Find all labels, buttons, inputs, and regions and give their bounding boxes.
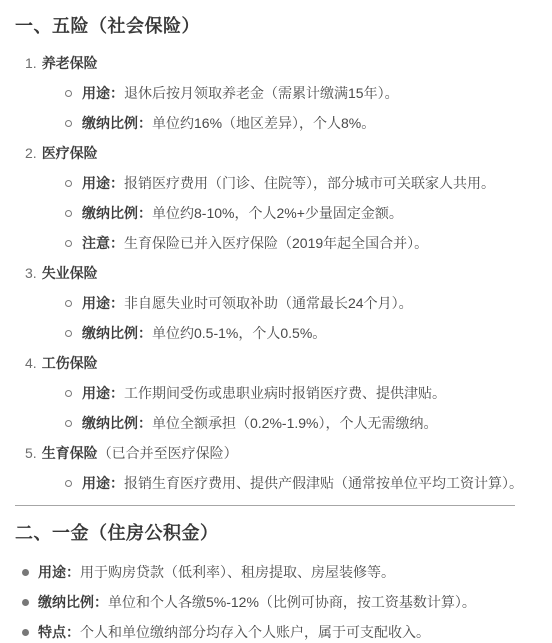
bullet-content: 用途：非自愿失业时可领取补助（通常最长24个月）。 <box>82 295 413 312</box>
section-divider <box>15 505 515 506</box>
bullet-content: 注意：生育保险已并入医疗保险（2019年起全国合并）。 <box>82 235 428 252</box>
bullet-content: 用途：报销生育医疗费用、提供产假津贴（通常按单位平均工资计算）。 <box>82 475 523 492</box>
circle-bullet-icon <box>65 480 72 487</box>
bullet-row: 特点：个人和单位缴纳部分均存入个人账户，属于可支配收入。 <box>15 624 538 641</box>
bullet-row: 缴纳比例：单位约0.5-1%，个人0.5%。 <box>15 325 538 342</box>
bullet-content: 缴纳比例：单位约16%（地区差异），个人8%。 <box>82 115 375 132</box>
list-item-pension: 1. 养老保险 <box>15 55 538 72</box>
list-item-unemployment: 3. 失业保险 <box>15 265 538 282</box>
disc-bullet-icon <box>22 569 29 576</box>
circle-bullet-icon <box>65 420 72 427</box>
list-number: 4. <box>25 355 37 372</box>
list-number: 2. <box>25 145 37 162</box>
list-item-medical: 2. 医疗保险 <box>15 145 538 162</box>
circle-bullet-icon <box>65 120 72 127</box>
disc-bullet-icon <box>22 599 29 606</box>
list-item-title: 工伤保险 <box>42 355 98 372</box>
list-item-title: 医疗保险 <box>42 145 98 162</box>
circle-bullet-icon <box>65 390 72 397</box>
bullet-row: 用途：报销医疗费用（门诊、住院等），部分城市可关联家人共用。 <box>15 175 538 192</box>
bullet-row: 用途：用于购房贷款（低利率）、租房提取、房屋装修等。 <box>15 564 538 581</box>
bullet-row: 缴纳比例：单位全额承担（0.2%-1.9%），个人无需缴纳。 <box>15 415 538 432</box>
section-1-heading: 一、五险（社会保险） <box>15 14 538 38</box>
list-item-title: 失业保险 <box>42 265 98 282</box>
bullet-row: 缴纳比例：单位和个人各缴5%-12%（比例可协商，按工资基数计算）。 <box>15 594 538 611</box>
bullet-row: 缴纳比例：单位约16%（地区差异），个人8%。 <box>15 115 538 132</box>
disc-bullet-icon <box>22 629 29 636</box>
list-number: 1. <box>25 55 37 72</box>
bullet-content: 缴纳比例：单位约8-10%，个人2%+少量固定金额。 <box>82 205 403 222</box>
bullet-content: 用途：退休后按月领取养老金（需累计缴满15年）。 <box>82 85 399 102</box>
bullet-row: 缴纳比例：单位约8-10%，个人2%+少量固定金额。 <box>15 205 538 222</box>
section-2-heading: 二、一金（住房公积金） <box>15 521 538 545</box>
circle-bullet-icon <box>65 210 72 217</box>
list-number: 5. <box>25 445 37 462</box>
list-item-title: 养老保险 <box>42 55 98 72</box>
bullet-content: 缴纳比例：单位和个人各缴5%-12%（比例可协商，按工资基数计算）。 <box>38 594 476 611</box>
bullet-row: 注意：生育保险已并入医疗保险（2019年起全国合并）。 <box>15 235 538 252</box>
bullet-content: 特点：个人和单位缴纳部分均存入个人账户，属于可支配收入。 <box>38 624 430 641</box>
list-item-work-injury: 4. 工伤保险 <box>15 355 538 372</box>
circle-bullet-icon <box>65 180 72 187</box>
list-item-maternity: 5. 生育保险（已合并至医疗保险） <box>15 445 538 462</box>
list-number: 3. <box>25 265 37 282</box>
circle-bullet-icon <box>65 330 72 337</box>
bullet-row: 用途：非自愿失业时可领取补助（通常最长24个月）。 <box>15 295 538 312</box>
list-item-title: 生育保险（已合并至医疗保险） <box>42 445 238 462</box>
bullet-content: 用途：工作期间受伤或患职业病时报销医疗费、提供津贴。 <box>82 385 446 402</box>
bullet-row: 用途：退休后按月领取养老金（需累计缴满15年）。 <box>15 85 538 102</box>
bullet-content: 缴纳比例：单位约0.5-1%，个人0.5%。 <box>82 325 326 342</box>
circle-bullet-icon <box>65 90 72 97</box>
bullet-content: 用途：用于购房贷款（低利率）、租房提取、房屋装修等。 <box>38 564 395 581</box>
document-body: 一、五险（社会保险） 1. 养老保险 用途：退休后按月领取养老金（需累计缴满15… <box>0 0 552 641</box>
bullet-row: 用途：工作期间受伤或患职业病时报销医疗费、提供津贴。 <box>15 385 538 402</box>
circle-bullet-icon <box>65 300 72 307</box>
circle-bullet-icon <box>65 240 72 247</box>
bullet-content: 用途：报销医疗费用（门诊、住院等），部分城市可关联家人共用。 <box>82 175 495 192</box>
bullet-row: 用途：报销生育医疗费用、提供产假津贴（通常按单位平均工资计算）。 <box>15 475 538 492</box>
bullet-content: 缴纳比例：单位全额承担（0.2%-1.9%），个人无需缴纳。 <box>82 415 437 432</box>
